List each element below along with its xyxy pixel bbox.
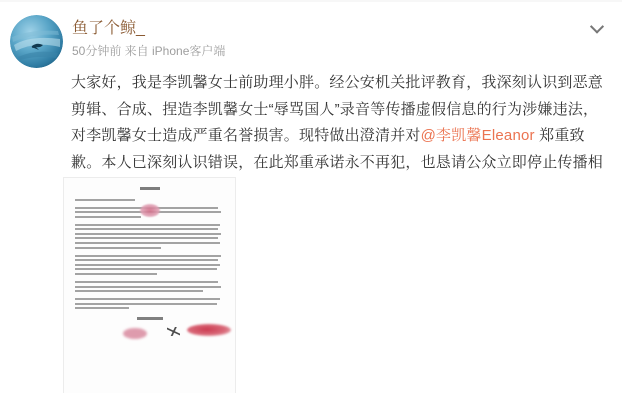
document-paragraph — [75, 298, 224, 309]
document-text-line — [75, 290, 203, 292]
document-text-line — [75, 273, 157, 275]
header-info: 鱼了个鲸_ 50分钟前 来自 iPhone客户端 — [72, 19, 225, 58]
document-text-line — [75, 216, 141, 218]
document-text-line — [75, 233, 221, 235]
document-signature-row — [75, 326, 224, 342]
post-header: 鱼了个鲸_ 50分钟前 来自 iPhone客户端 — [10, 15, 612, 69]
document-text-line — [75, 237, 218, 239]
document-text-line — [75, 268, 217, 270]
document-text-line — [75, 255, 221, 257]
document-text-line — [75, 298, 220, 300]
mention-link[interactable]: @李凯馨Eleanor — [421, 127, 535, 144]
document-text-line — [75, 286, 221, 288]
document-text-line — [75, 242, 220, 244]
document-date-line — [137, 317, 163, 320]
signature-mark — [167, 327, 180, 336]
document-text-line — [75, 259, 218, 261]
document-text-line — [75, 228, 218, 230]
weibo-post-card: 鱼了个鲸_ 50分钟前 来自 iPhone客户端 大家好，我是李凯馨女士前助理小… — [0, 0, 622, 393]
document-text-line — [75, 303, 217, 305]
document-paragraph — [75, 224, 224, 249]
document-text-line — [75, 307, 129, 309]
document-text-line — [75, 247, 161, 249]
pink-redaction-blob — [140, 204, 160, 217]
apology-letter-preview — [64, 178, 235, 393]
red-stamp — [187, 324, 231, 336]
attached-document-image[interactable] — [63, 177, 236, 393]
post-timestamp-source: 50分钟前 来自 iPhone客户端 — [72, 44, 225, 58]
pink-stamp — [123, 328, 147, 339]
document-text-line — [75, 264, 220, 266]
document-paragraph — [75, 281, 224, 292]
document-text-line — [75, 281, 218, 283]
document-text-line — [75, 199, 135, 201]
document-paragraph — [75, 199, 224, 201]
chevron-down-icon — [590, 20, 604, 34]
collapse-post-button[interactable] — [586, 17, 608, 39]
avatar[interactable] — [10, 15, 63, 68]
document-paragraph — [75, 255, 224, 275]
document-title-line — [140, 187, 160, 190]
blue-whale-avatar-image — [10, 15, 63, 68]
document-text-line — [75, 224, 220, 226]
username[interactable]: 鱼了个鲸_ — [72, 19, 225, 39]
